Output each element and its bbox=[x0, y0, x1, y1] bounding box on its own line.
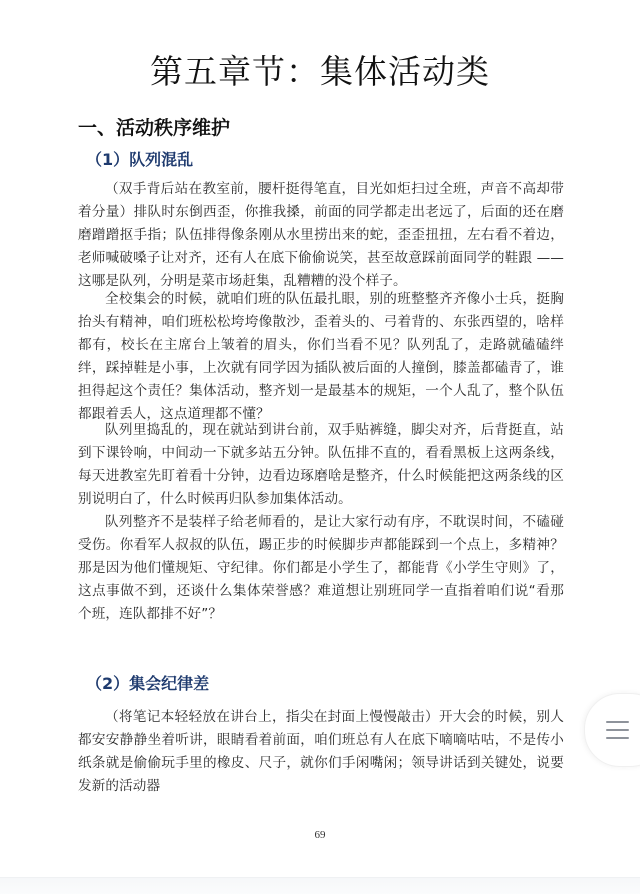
paragraph: （双手背后站在教室前，腰杆挺得笔直，目光如炬扫过全班，声音不高却带着分量）排队时… bbox=[78, 178, 564, 293]
chapter-title: 第五章节：集体活动类 bbox=[0, 46, 640, 93]
paragraph: 全校集会的时候，就咱们班的队伍最扎眼，别的班整整齐齐像小士兵，挺胸抬头有精神，咱… bbox=[78, 288, 564, 426]
paragraph: （将笔记本轻轻放在讲台上，指尖在封面上慢慢敲击）开大会的时候，别人都安安静静坐着… bbox=[78, 706, 564, 798]
section-title: 一、活动秩序维护 bbox=[78, 113, 230, 140]
subsection-title-assembly-discipline: （2）集会纪律差 bbox=[86, 671, 209, 694]
bottom-bar bbox=[0, 877, 640, 894]
subsection-title-queue-disorder: （1）队列混乱 bbox=[86, 147, 193, 170]
paragraph: 队列整齐不是装样子给老师看的，是让大家行动有序，不耽误时间，不磕碰受伤。你看军人… bbox=[78, 511, 564, 626]
paragraph: 队列里捣乱的，现在就站到讲台前，双手贴裤缝，脚尖对齐，后背挺直，站到下课铃响，中… bbox=[78, 419, 564, 511]
page-number: 69 bbox=[0, 829, 640, 841]
document-page: 第五章节：集体活动类 一、活动秩序维护 （1）队列混乱 （双手背后站在教室前，腰… bbox=[0, 0, 640, 880]
